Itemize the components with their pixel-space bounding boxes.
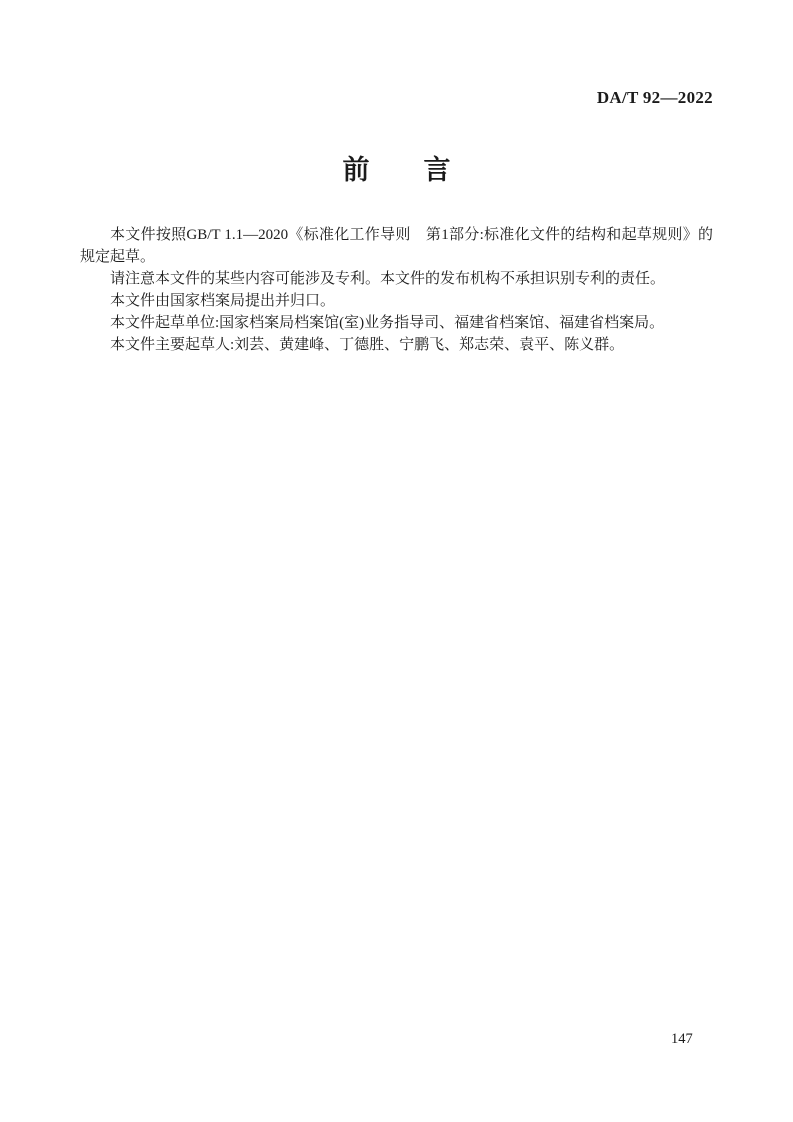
paragraph-drafting-organizations: 本文件起草单位:国家档案局档案馆(室)业务指导司、福建省档案馆、福建省档案局。 xyxy=(80,312,713,334)
paragraph-proposing-body: 本文件由国家档案局提出并归口。 xyxy=(80,290,713,312)
paragraph-drafting-rules: 本文件按照GB/T 1.1—2020《标准化工作导则 第1部分:标准化文件的结构… xyxy=(80,224,713,268)
document-page: DA/T 92—2022 前 言 本文件按照GB/T 1.1—2020《标准化工… xyxy=(0,0,793,1122)
document-standard-code: DA/T 92—2022 xyxy=(597,88,713,108)
page-number: 147 xyxy=(671,1031,693,1048)
foreword-title: 前 言 xyxy=(0,150,793,190)
paragraph-main-drafters: 本文件主要起草人:刘芸、黄建峰、丁德胜、宁鹏飞、郑志荣、袁平、陈义群。 xyxy=(80,334,713,356)
paragraph-patent-notice: 请注意本文件的某些内容可能涉及专利。本文件的发布机构不承担识别专利的责任。 xyxy=(80,268,713,290)
foreword-body: 本文件按照GB/T 1.1—2020《标准化工作导则 第1部分:标准化文件的结构… xyxy=(80,224,713,356)
